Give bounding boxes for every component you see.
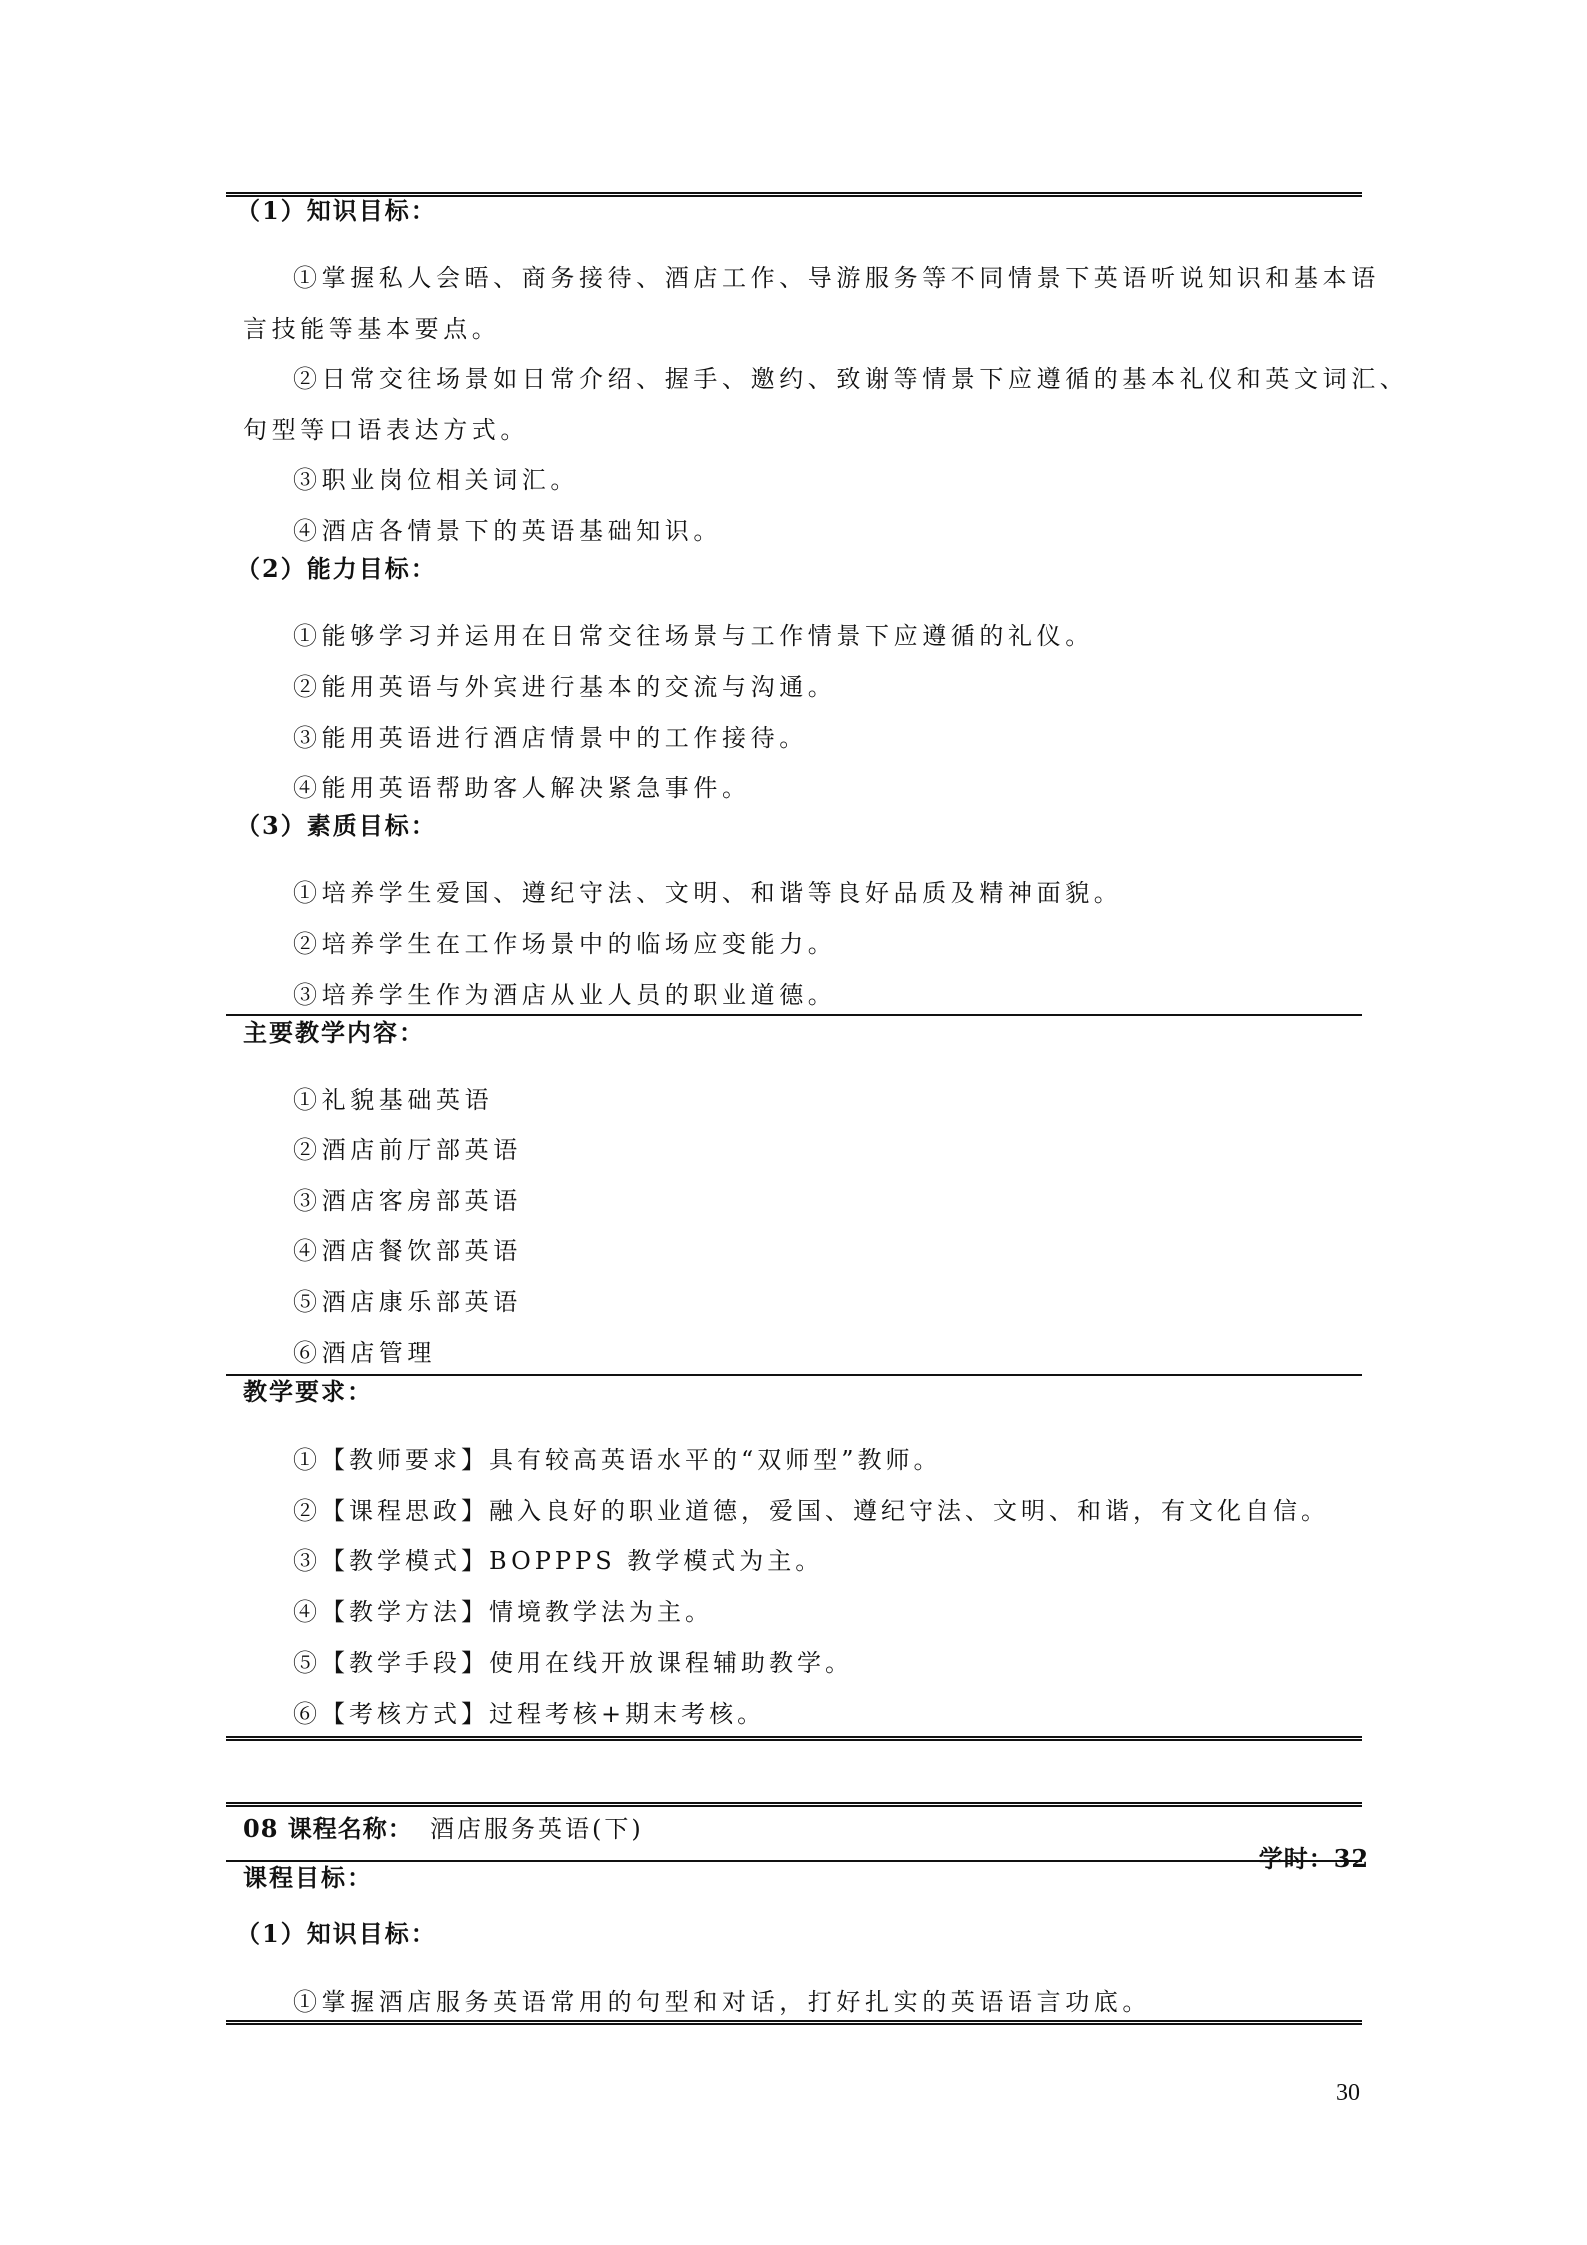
- knowledge-goals-heading: （1）知识目标：: [236, 196, 437, 226]
- table-bottom-rule: [226, 2020, 1362, 2025]
- requirement-item-5: ⑤【教学手段】使用在线开放课程辅助教学。: [293, 1648, 853, 1678]
- course-hours: 学时：32: [1240, 1814, 1369, 1874]
- knowledge-item-4: ④酒店各情景下的英语基础知识。: [293, 516, 722, 546]
- section-divider: [226, 1014, 1362, 1016]
- teaching-requirements-heading: 教学要求：: [243, 1377, 373, 1407]
- requirement-item-2: ②【课程思政】融入良好的职业道德，爱国、遵纪守法、文明、和谐，有文化自信。: [293, 1496, 1329, 1526]
- requirement-item-4: ④【教学方法】情境教学法为主。: [293, 1597, 713, 1627]
- ability-goals-heading: （2）能力目标：: [236, 554, 437, 584]
- course-hours-label: 学时：: [1259, 1844, 1334, 1873]
- section-divider: [226, 1860, 1362, 1862]
- quality-item-3: ③培养学生作为酒店从业人员的职业道德。: [293, 980, 836, 1010]
- ability-item-2: ②能用英语与外宾进行基本的交流与沟通。: [293, 672, 836, 702]
- content-item-3: ③酒店客房部英语: [293, 1186, 522, 1216]
- content-item-4: ④酒店餐饮部英语: [293, 1236, 522, 1266]
- page-number: 30: [1336, 2080, 1360, 2107]
- ability-item-4: ④能用英语帮助客人解决紧急事件。: [293, 773, 751, 803]
- content-item-5: ⑤酒店康乐部英语: [293, 1287, 522, 1317]
- ability-item-3: ③能用英语进行酒店情景中的工作接待。: [293, 723, 808, 753]
- knowledge-item-3: ③职业岗位相关词汇。: [293, 465, 579, 495]
- table-bottom-rule: [226, 1736, 1362, 1741]
- ability-item-1: ①能够学习并运用在日常交往场景与工作情景下应遵循的礼仪。: [293, 621, 1094, 651]
- table-top-rule: [226, 1802, 1362, 1807]
- knowledge-item-1-line-2: 言技能等基本要点。: [243, 314, 500, 344]
- content-item-2: ②酒店前厅部英语: [293, 1135, 522, 1165]
- knowledge-item-2-line-2: 句型等口语表达方式。: [243, 415, 529, 445]
- course-hours-value: 32: [1334, 1844, 1369, 1873]
- content-item-1: ①礼貌基础英语: [293, 1085, 493, 1115]
- knowledge-goals-heading: （1）知识目标：: [236, 1919, 437, 1949]
- course-name-value: 酒店服务英语(下): [430, 1814, 644, 1844]
- requirement-item-3: ③【教学模式】BOPPPS 教学模式为主。: [293, 1546, 823, 1576]
- section-divider: [226, 1374, 1362, 1376]
- knowledge-item-2-line-1: ②日常交往场景如日常介绍、握手、邀约、致谢等情景下应遵循的基本礼仪和英文词汇、: [293, 364, 1408, 394]
- knowledge-item-1-line-1: ①掌握私人会晤、商务接待、酒店工作、导游服务等不同情景下英语听说知识和基本语: [293, 263, 1380, 293]
- quality-item-1: ①培养学生爱国、遵纪守法、文明、和谐等良好品质及精神面貌。: [293, 878, 1122, 908]
- requirement-item-1: ①【教师要求】具有较高英语水平的“双师型”教师。: [293, 1445, 942, 1475]
- content-item-6: ⑥酒店管理: [293, 1338, 436, 1368]
- requirement-item-6: ⑥【考核方式】过程考核+期末考核。: [293, 1699, 765, 1729]
- course-goals-heading: 课程目标：: [243, 1863, 373, 1893]
- course-name-label: 08 课程名称：: [243, 1814, 413, 1844]
- quality-item-2: ②培养学生在工作场景中的临场应变能力。: [293, 929, 836, 959]
- quality-goals-heading: （3）素质目标：: [236, 811, 437, 841]
- main-content-heading: 主要教学内容：: [243, 1018, 425, 1048]
- knowledge-item-1: ①掌握酒店服务英语常用的句型和对话，打好扎实的英语语言功底。: [293, 1987, 1151, 2017]
